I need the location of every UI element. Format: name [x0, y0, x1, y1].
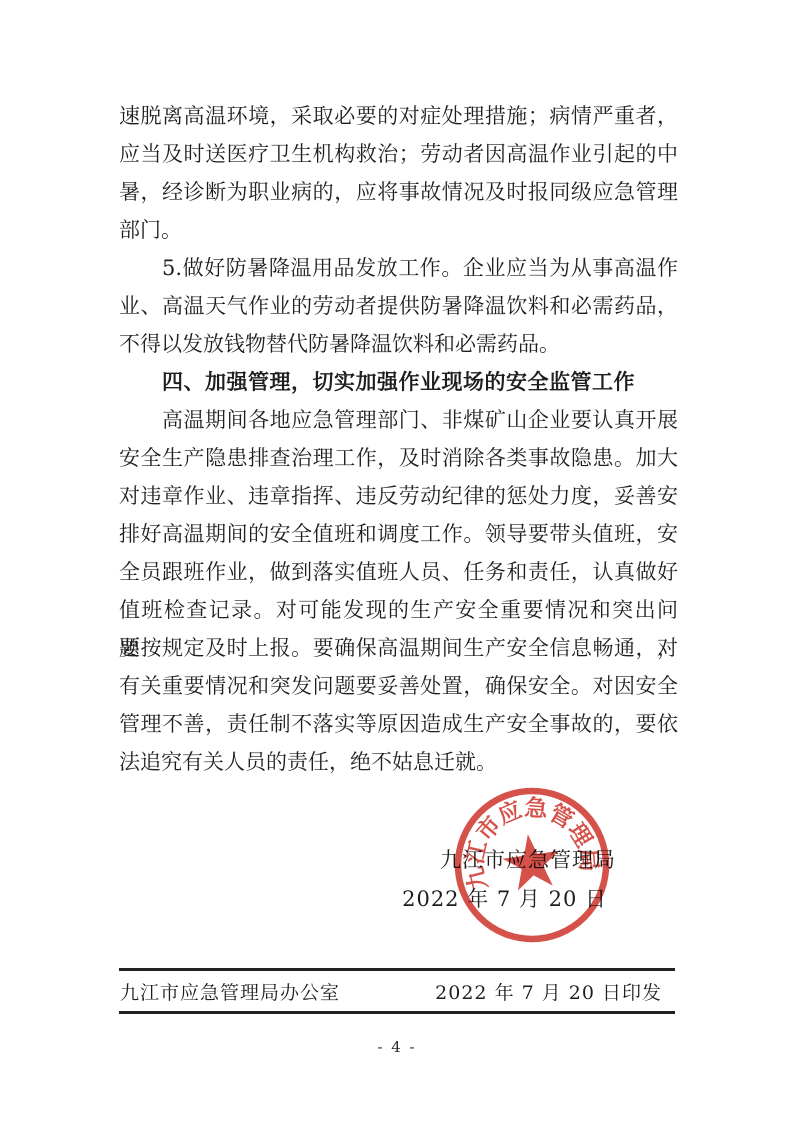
text-line: 5.做好防暑降温用品发放工作。企业应当为从事高温作 [119, 249, 678, 287]
page-number: - 4 - [0, 1038, 794, 1056]
text-line: 应当及时送医疗卫生机构救治；劳动者因高温作业引起的中 [119, 135, 678, 173]
signature-agency: 九江市应急管理局 [119, 845, 678, 875]
text-line: 高温期间各地应急管理部门、非煤矿山企业要认真开展 [119, 401, 678, 439]
document-page: 速脱离高温环境，采取必要的对症处理措施；病情严重者， 应当及时送医疗卫生机构救治… [0, 0, 794, 1123]
footer-print-date: 2022 年 7 月 20 日印发 [435, 981, 662, 1005]
text-line: 法追究有关人员的责任，绝不姑息迁就。 [119, 743, 678, 781]
signature-date: 2022 年 7 月 20 日 [119, 884, 678, 914]
text-line: 对违章作业、违章指挥、违反劳动纪律的惩处力度，妥善安 [119, 477, 678, 515]
text-line: 值班检查记录。对可能发现的生产安全重要情况和突出问题， [119, 591, 678, 629]
text-line: 业、高温天气作业的劳动者提供防暑降温饮料和必需药品， [119, 287, 678, 325]
seal-char: 急 [524, 794, 550, 823]
seal-char: 市 [472, 812, 507, 846]
text-line: 要按规定及时上报。要确保高温期间生产安全信息畅通，对 [119, 629, 678, 667]
text-line: 全员跟班作业，做到落实值班人员、任务和责任，认真做好 [119, 553, 678, 591]
text-line: 有关重要情况和突发问题要妥善处置，确保安全。对因安全 [119, 667, 678, 705]
footer-office: 九江市应急管理局办公室 [120, 981, 340, 1005]
text-line: 管理不善，责任制不落实等原因造成生产安全事故的，要依 [119, 705, 678, 743]
footer-divider-bottom [119, 1011, 675, 1014]
signature-block: 九江市应急管理局 2022 年 7 月 20 日 [119, 845, 678, 914]
text-line: 安全生产隐患排查治理工作，及时消除各类事故隐患。加大 [119, 439, 678, 477]
seal-char: 应 [494, 796, 526, 830]
footer-divider-top [119, 968, 675, 971]
section-heading: 四、加强管理，切实加强作业现场的安全监管工作 [119, 363, 678, 401]
body-text: 速脱离高温环境，采取必要的对症处理措施；病情严重者， 应当及时送医疗卫生机构救治… [119, 97, 678, 781]
text-line: 不得以发放钱物替代防暑降温饮料和必需药品。 [119, 325, 678, 363]
text-line: 部门。 [119, 211, 678, 249]
text-line: 速脱离高温环境，采取必要的对症处理措施；病情严重者， [119, 97, 678, 135]
text-line: 暑，经诊断为职业病的，应将事故情况及时报同级应急管理 [119, 173, 678, 211]
text-line: 排好高温期间的安全值班和调度工作。领导要带头值班，安 [119, 515, 678, 553]
seal-char: 管 [544, 799, 578, 834]
